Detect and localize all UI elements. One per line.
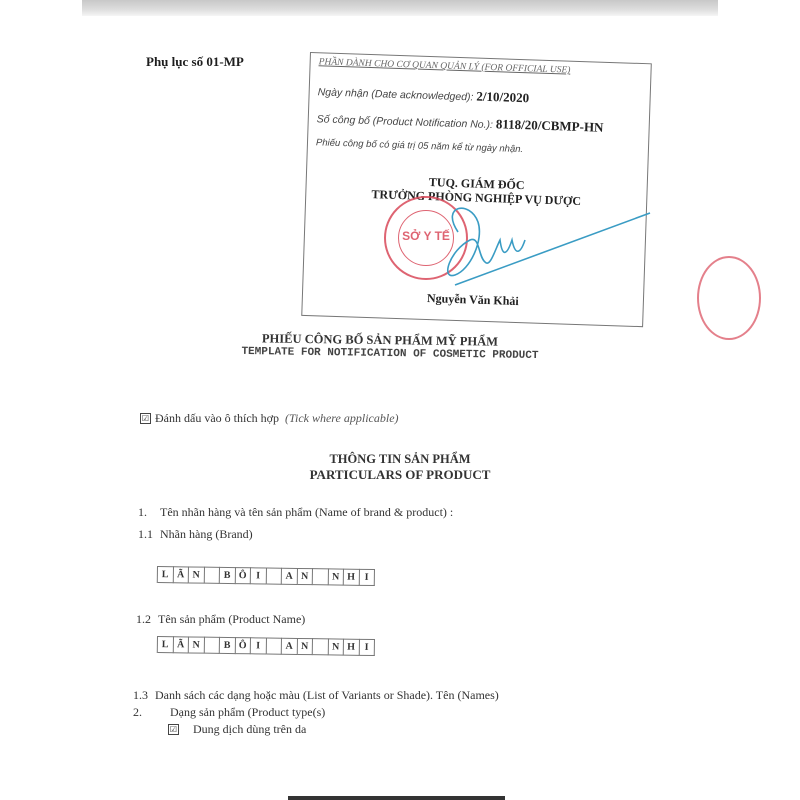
option-label: Dung dịch dùng trên da [193,722,306,736]
official-use-header: PHẦN DÀNH CHO CƠ QUAN QUẢN LÝ (FOR OFFIC… [318,57,570,75]
item-number: 1. [138,505,160,520]
letter-box: Ô [235,637,251,654]
signer-name: Nguyễn Văn Khải [303,287,643,313]
validity-note: Phiếu công bố có giá trị 05 năm kể từ ng… [316,137,524,155]
date-acknowledged: Ngày nhận (Date acknowledged): 2/10/2020 [317,83,529,106]
notification-value: 8118/20/CBMP-HN [496,116,604,135]
viewer-bottom-bar [288,796,505,800]
letter-box [266,638,282,655]
letter-box: H [344,639,360,656]
section-title-vn: THÔNG TIN SẢN PHẨM [0,452,800,467]
letter-box [313,638,329,655]
official-stamp-icon: SỞ Y TẾ [384,196,468,280]
letter-box: B [220,567,236,584]
item-number: 1.2 [136,612,158,627]
section-title-en: PARTICULARS OF PRODUCT [0,467,800,483]
tick-instruction: ☑Đánh dấu vào ô thích hợp (Tick where ap… [140,411,399,426]
item-label: Nhãn hàng (Brand) [160,527,253,541]
letter-box: I [359,569,375,586]
notification-label: Số công bố (Product Notification No.): [317,113,494,131]
item-label: Tên sản phẩm (Product Name) [158,612,305,626]
letter-box [266,568,282,585]
appendix-label: Phụ lục số 01-MP [146,54,244,70]
letter-box: Ã [173,636,189,653]
official-use-box: PHẦN DÀNH CHO CƠ QUAN QUẢN LÝ (FOR OFFIC… [301,52,652,327]
tick-label-en: (Tick where applicable) [285,411,399,425]
item-1-1-brand: 1.1Nhãn hàng (Brand) [138,527,253,542]
item-1-2-product-name: 1.2Tên sản phẩm (Product Name) [136,612,305,627]
letter-box: N [189,566,205,583]
item-label: Danh sách các dạng hoặc màu (List of Var… [155,688,499,702]
item-label: Tên nhãn hàng và tên sản phẩm (Name of b… [160,505,453,519]
date-value: 2/10/2020 [476,89,529,106]
item-1-3-variants: 1.3Danh sách các dạng hoặc màu (List of … [133,688,499,703]
item-number: 1.1 [138,527,160,542]
letter-box: I [251,637,267,654]
letter-box [313,568,329,585]
item-number: 1.3 [133,688,155,703]
product-name-letter-boxes: L Ã N B Ô I A N N H I [157,636,375,656]
item-label: Dạng sản phẩm (Product type(s) [170,705,325,719]
item-2-product-type: 2.Dạng sản phẩm (Product type(s) [133,705,325,720]
letter-box: Ô [235,567,251,584]
letter-box: A [282,568,298,585]
stamp-text: SỞ Y TẾ [386,229,466,243]
partial-stamp-icon [697,256,761,340]
tick-label-vn: Đánh dấu vào ô thích hợp [155,411,279,425]
letter-box: L [158,566,174,583]
checkbox-checked-icon: ☑ [140,413,151,424]
letter-box: L [158,636,174,653]
viewer-top-shadow-bar [82,0,718,16]
notification-number: Số công bố (Product Notification No.): 8… [317,110,604,136]
letter-box: N [328,568,344,585]
product-type-option: ☑Dung dịch dùng trên da [168,722,306,737]
letter-box: Ã [173,566,189,583]
letter-box: N [297,638,313,655]
brand-letter-boxes: L Ã N B Ô I A N N H I [157,566,375,586]
letter-box [204,567,220,584]
letter-box: N [297,568,313,585]
item-number: 2. [133,705,170,720]
letter-box: I [359,639,375,656]
letter-box: A [282,638,298,655]
checkbox-checked-icon: ☑ [168,724,179,735]
item-1: 1.Tên nhãn hàng và tên sản phẩm (Name of… [138,505,453,520]
letter-box: I [251,567,267,584]
date-label: Ngày nhận (Date acknowledged): [317,86,473,103]
letter-box: N [189,636,205,653]
letter-box: H [344,569,360,586]
letter-box [204,637,220,654]
letter-box: N [328,638,344,655]
letter-box: B [220,637,236,654]
